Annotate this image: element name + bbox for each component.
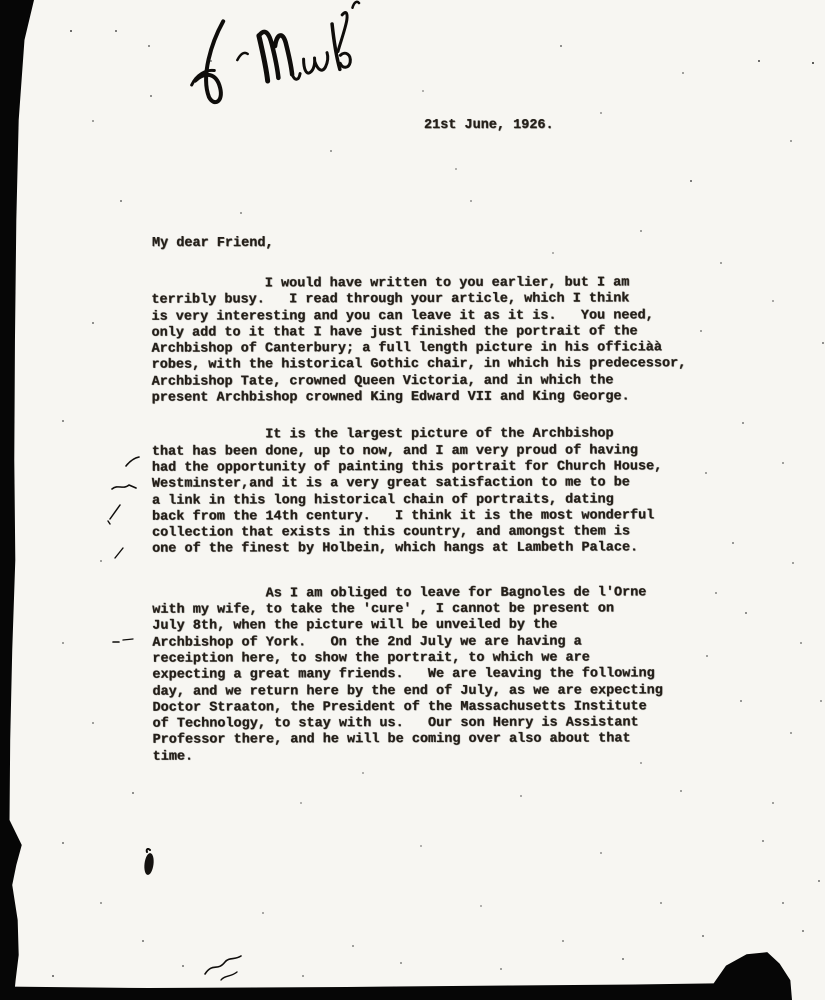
letter-line: It is the largest picture of the Archbis… <box>152 427 687 445</box>
letter-line: receiption here, to show the portrait, t… <box>152 650 687 668</box>
scanned-letter-page: 21st June, 1926. My dear Friend, I would… <box>0 0 825 1000</box>
margin-slash-mark <box>106 503 126 525</box>
letter-line: of Technology, to stay with us. Our son … <box>153 715 688 733</box>
letter-line: robes, with the historical Gothic chair,… <box>152 357 687 375</box>
letter-line: with my wife, to take the 'cure' , I can… <box>152 601 687 619</box>
letter-line: time. <box>153 748 688 766</box>
margin-tick-mark <box>124 455 142 469</box>
letter-line: Doctor Straaton, the President of the Ma… <box>152 699 687 717</box>
letter-body: I would have written to you earlier, but… <box>151 275 687 765</box>
letter-line: only add to it that I have just finished… <box>151 324 686 342</box>
margin-slash-mark-2 <box>112 546 126 560</box>
letter-line: July 8th, when the picture will be unvei… <box>152 618 687 636</box>
letter-line: is very interesting and you can leave it… <box>151 308 686 326</box>
letter-line: Archbishop Tate, crowned Queen Victoria,… <box>152 373 687 391</box>
letter-line: I would have written to you earlier, but… <box>151 275 686 293</box>
letter-line: Westminster,and it is a very great satis… <box>152 476 687 494</box>
handwritten-note <box>170 0 419 116</box>
letter-line: terribly busy. I read through your artic… <box>151 292 686 310</box>
letter-line: Archbishop of York. On the 2nd July we a… <box>152 634 687 652</box>
letter-salutation: My dear Friend, <box>152 236 274 251</box>
letter-line: collection that exists in this country, … <box>152 524 687 542</box>
margin-arrow-mark <box>111 480 139 496</box>
paragraph: I would have written to you earlier, but… <box>151 275 686 407</box>
letter-line: back from the 14th century. I think it i… <box>152 508 687 526</box>
letter-line: Professor there, and he will be coming o… <box>153 732 688 750</box>
ink-blob <box>140 848 158 880</box>
letter-line: expecting a great many friends. We are l… <box>152 667 687 685</box>
letter-line: that has been done, up to now, and I am … <box>152 443 687 461</box>
scan-border-bottom <box>0 948 825 1000</box>
letter-line: present Archbishop crowned King Edward V… <box>152 389 687 407</box>
scan-border-left <box>0 0 34 1000</box>
paragraph: It is the largest picture of the Archbis… <box>152 427 687 559</box>
stray-scribble <box>203 954 245 984</box>
letter-line: one of the finest by Holbein, which hang… <box>152 541 687 559</box>
paragraph: As I am obliged to leave for Bagnoles de… <box>152 585 687 766</box>
letter-line: had the opportunity of painting this por… <box>152 459 687 477</box>
margin-dash-mark <box>112 634 136 646</box>
letter-date: 21st June, 1926. <box>424 118 554 133</box>
letter-line: As I am obliged to leave for Bagnoles de… <box>152 585 687 603</box>
letter-line: a link in this long historical chain of … <box>152 492 687 510</box>
letter-line: day, and we return here by the end of Ju… <box>152 683 687 701</box>
